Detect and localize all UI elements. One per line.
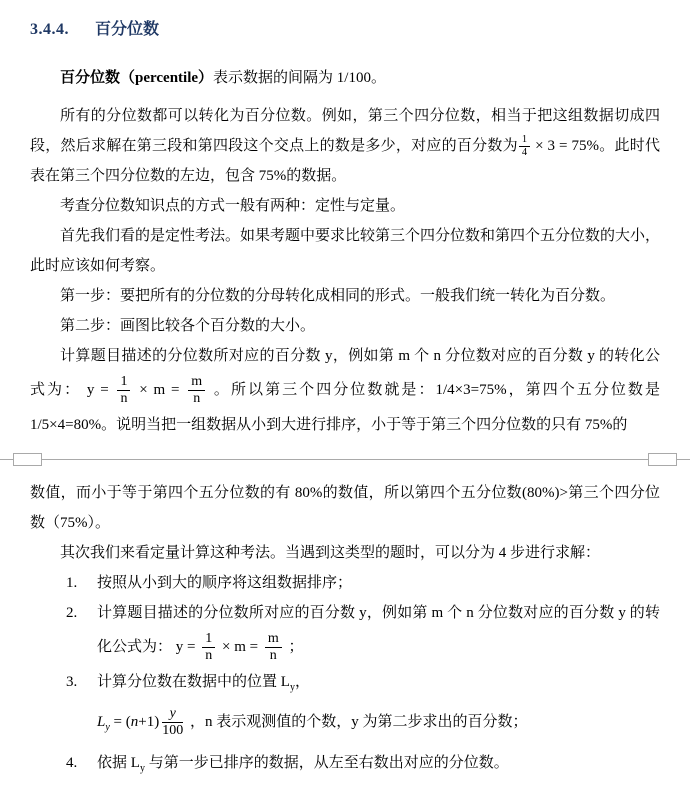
page-break-line <box>0 459 690 460</box>
section-title: 百分位数 <box>95 21 159 38</box>
step-number: 2. <box>66 598 77 628</box>
paragraph-quartile-example: 所有的分位数都可以转化为百分位数。例如，第三个四分位数，相当于把这组数据切成四段… <box>30 101 660 191</box>
section-heading: 3.4.4. 百分位数 <box>30 16 660 39</box>
step-number: 4. <box>66 748 77 778</box>
section-number: 3.4.4. <box>30 21 69 38</box>
step-number: 3. <box>66 667 77 697</box>
steps-list: 1.按照从小到大的顺序将这组数据排序；2.计算题目描述的分位数所对应的百分数 y… <box>30 568 660 778</box>
step-text: 按照从小到大的顺序将这组数据排序； <box>97 575 352 591</box>
margin-mark-left-icon <box>13 453 42 466</box>
step-item: 3.计算分位数在数据中的位置 Ly，Ly = (n+1)y100 ，n 表示观测… <box>30 667 660 742</box>
step-item: 1.按照从小到大的顺序将这组数据排序； <box>30 568 660 598</box>
step-formula: Ly = (n+1)y100 ，n 表示观测值的个数，y 为第二步求出的百分数； <box>97 703 660 742</box>
step-number: 1. <box>66 568 77 598</box>
paragraph-step2: 第二步：画图比较各个百分数的大小。 <box>30 311 660 341</box>
step-text: 计算题目描述的分位数所对应的百分数 y，例如第 m 个 n 分位数对应的百分数 … <box>97 605 660 655</box>
fraction: 1n <box>117 375 130 406</box>
paragraph-conversion-formula: 计算题目描述的分位数所对应的百分数 y，例如第 m 个 n 分位数对应的百分数 … <box>30 341 660 440</box>
fraction: y100 <box>162 707 183 738</box>
step-text: 计算分位数在数据中的位置 Ly， <box>97 674 310 690</box>
paragraph-definition: 百分位数（percentile）表示数据的间隔为 1/100。 <box>30 63 660 93</box>
step-text: 依据 Ly 与第一步已排序的数据，从左至右数出对应的分位数。 <box>97 755 509 771</box>
margin-mark-right-icon <box>648 453 677 466</box>
step-item: 4.依据 Ly 与第一步已排序的数据，从左至右数出对应的分位数。 <box>30 748 660 778</box>
fraction: 14 <box>519 135 530 159</box>
paragraph-exam-types: 考查分位数知识点的方式一般有两种：定性与定量。 <box>30 191 660 221</box>
document-page: 3.4.4. 百分位数 百分位数（percentile）表示数据的间隔为 1/1… <box>0 0 690 778</box>
page-break-divider <box>0 448 690 470</box>
fraction: mn <box>188 375 205 406</box>
paragraph-quantitative: 其次我们来看定量计算这种考法。当遇到这类型的题时，可以分为 4 步进行求解： <box>30 538 660 568</box>
paragraph-conversion-continued: 数值，而小于等于第四个五分位数的有 80%的数值，所以第四个五分位数(80%)>… <box>30 478 660 538</box>
fraction: 1n <box>202 632 215 663</box>
paragraph-qualitative: 首先我们看的是定性考法。如果考题中要求比较第三个四分位数和第四个五分位数的大小，… <box>30 221 660 281</box>
step-item: 2.计算题目描述的分位数所对应的百分数 y，例如第 m 个 n 分位数对应的百分… <box>30 598 660 667</box>
fraction: mn <box>265 632 282 663</box>
paragraph-step1: 第一步：要把所有的分位数的分母转化成相同的形式。一般我们统一转化为百分数。 <box>30 281 660 311</box>
